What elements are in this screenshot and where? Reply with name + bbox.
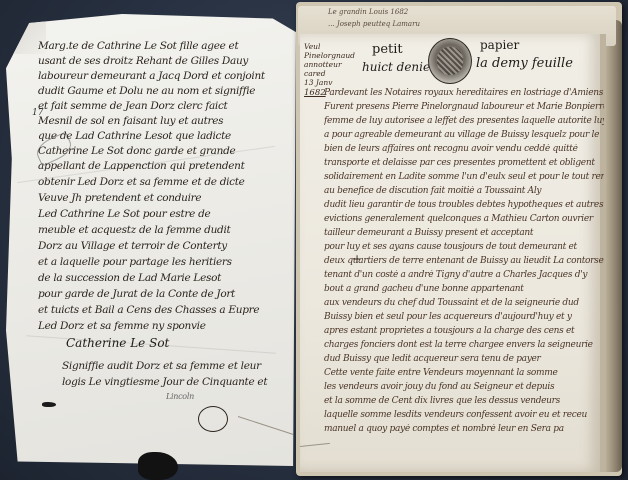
handwritten-line: usant de ses droitz Rehant de Gilles Dau…	[38, 55, 284, 67]
handwritten-line: pour garde de Jurat de la Conte de Jort	[38, 288, 284, 300]
binding-thread	[238, 416, 295, 435]
handwritten-line: et la somme de Cent dix livres que les d…	[324, 396, 604, 406]
handwritten-line: a pour agreable demeurant au village de …	[324, 130, 604, 140]
handwritten-line: evictions generalement quelconques a Mat…	[324, 214, 604, 224]
margin-note-line: annotteur	[304, 60, 352, 69]
wax-seal-remnant	[138, 452, 178, 480]
margin-note-line: cared	[304, 69, 352, 78]
handwritten-line: Cette vente faite entre Vendeurs moyenna…	[324, 368, 604, 378]
handwritten-line: laboureur demeurant a Jacq Dord et conjo…	[38, 70, 284, 82]
left-manuscript-page: 17 Marg.te de Cathrine Le Sot fille agee…	[6, 14, 296, 466]
ink-blot	[42, 402, 56, 407]
handwritten-line: manuel a quoy payé comptes et nombré leu…	[324, 424, 604, 434]
handwritten-line: tailleur demeurant a Buissy present et a…	[324, 228, 604, 238]
handwritten-line: tenant d'un costé a andré Tigny d'autre …	[324, 270, 604, 280]
stamp-label-papier: papier	[480, 38, 519, 52]
handwritten-line: Marg.te de Cathrine Le Sot fille agee et	[38, 40, 284, 52]
handwritten-line: bout a grand gacheu d'une bonne apparten…	[324, 284, 604, 294]
margin-note-line: Pinelorgnaud	[304, 51, 352, 60]
stamp-engraving-icon	[437, 47, 463, 75]
margin-note-line: Veul	[304, 42, 352, 51]
slip-text-line: ... Joseph peutteq Lamaru	[328, 20, 420, 28]
handwritten-line: charges fonciers dont est la terre charg…	[324, 340, 604, 350]
right-manuscript-page: Veul Pinelorgnaud annotteur cared 13 Jan…	[300, 34, 606, 472]
handwritten-line: Mesnil de sol en faisant luy et autres	[38, 115, 284, 127]
handwritten-line: solidairement en Ladite somme l'un d'eul…	[324, 172, 604, 182]
handwritten-line: Signiffie audit Dorz et sa femme et leur	[62, 360, 286, 372]
margin-note-line: 13 Janv	[304, 78, 352, 87]
handwritten-line: laquelle somme lesdits vendeurs confesse…	[324, 410, 604, 420]
handwritten-line: que de Lad Cathrine Lesot que ladicte	[38, 130, 284, 142]
handwritten-line: pour luy et ses ayans cause tousjours de…	[324, 242, 604, 252]
handwritten-line: Pardevant les Notaires royaux hereditair…	[324, 88, 604, 98]
handwritten-line: dudit Gaume et Dolu ne au nom et signiff…	[38, 85, 284, 97]
stacked-page-edges	[606, 20, 622, 472]
handwritten-line: dud Buissy que ledit acquereur sera tenu…	[324, 354, 604, 364]
handwritten-line: Catherine Le Sot donc garde et grande	[38, 145, 284, 157]
handwritten-line: Led Dorz et sa femme ny sponvie	[38, 320, 284, 332]
handwritten-line: appellant de Lappenction qui pretendent	[38, 160, 284, 172]
handwritten-line: obtenir Led Dorz et sa femme et de dicte	[38, 176, 284, 188]
handwritten-line: les vendeurs avoir jouy du fond au Seign…	[324, 382, 604, 392]
handwritten-line: femme de luy autorisee a leffet des pres…	[324, 116, 604, 126]
handwritten-line: meuble et acquestz de la femme dudit	[38, 224, 284, 236]
handwritten-line: transporte et delaisse par ces presentes…	[324, 158, 604, 168]
handwritten-line: dudit lieu garantir de tous troubles deb…	[324, 200, 604, 210]
handwritten-line: au benefice de discution fait moitié a T…	[324, 186, 604, 196]
stamp-label-petit: petit	[372, 42, 403, 57]
handwritten-line: et fait semme de Jean Dorz clerc faict	[38, 100, 284, 112]
handwritten-line: de la succession de Lad Marie Lesot	[38, 272, 284, 284]
slip-text-line: Le grandin Louis 1682	[328, 8, 408, 16]
handwritten-line: deux quartiers de terre entenant de Buis…	[324, 256, 604, 266]
handwritten-line: Led Cathrine Le Sot pour estre de	[38, 208, 284, 220]
handwritten-line: Furent presens Pierre Pinelorgnaud labou…	[324, 102, 604, 112]
notary-signature-flourish	[198, 406, 228, 432]
handwritten-line: aux vendeurs du chef dud Toussaint et de…	[324, 298, 604, 308]
handwritten-line: Buissy bien et seul pour les acquereurs …	[324, 312, 604, 322]
signature-catherine-le-sot: Catherine Le Sot	[66, 336, 169, 350]
handwritten-line: Veuve Jh pretendent et conduire	[38, 192, 284, 204]
handwritten-line: Lincoln	[166, 392, 226, 401]
stamp-label-la-demy-feuille: la demy feuille	[476, 56, 573, 71]
handwritten-line: bien de leurs affaires ont recognu avoir…	[324, 144, 604, 154]
handwritten-line: et tuicts et Bail a Cens des Chasses a E…	[38, 304, 284, 316]
handwritten-line: Dorz au Village et terroir de Conterty	[38, 240, 284, 252]
tax-stamp-seal	[428, 38, 472, 84]
handwritten-line: apres estant proprietes a tousjours a la…	[324, 326, 604, 336]
binding-thread	[300, 443, 330, 447]
handwritten-line: logis Le vingtiesme Jour de Cinquante et	[62, 376, 286, 388]
handwritten-line: et a laquelle pour partage les heritiers	[38, 256, 284, 268]
